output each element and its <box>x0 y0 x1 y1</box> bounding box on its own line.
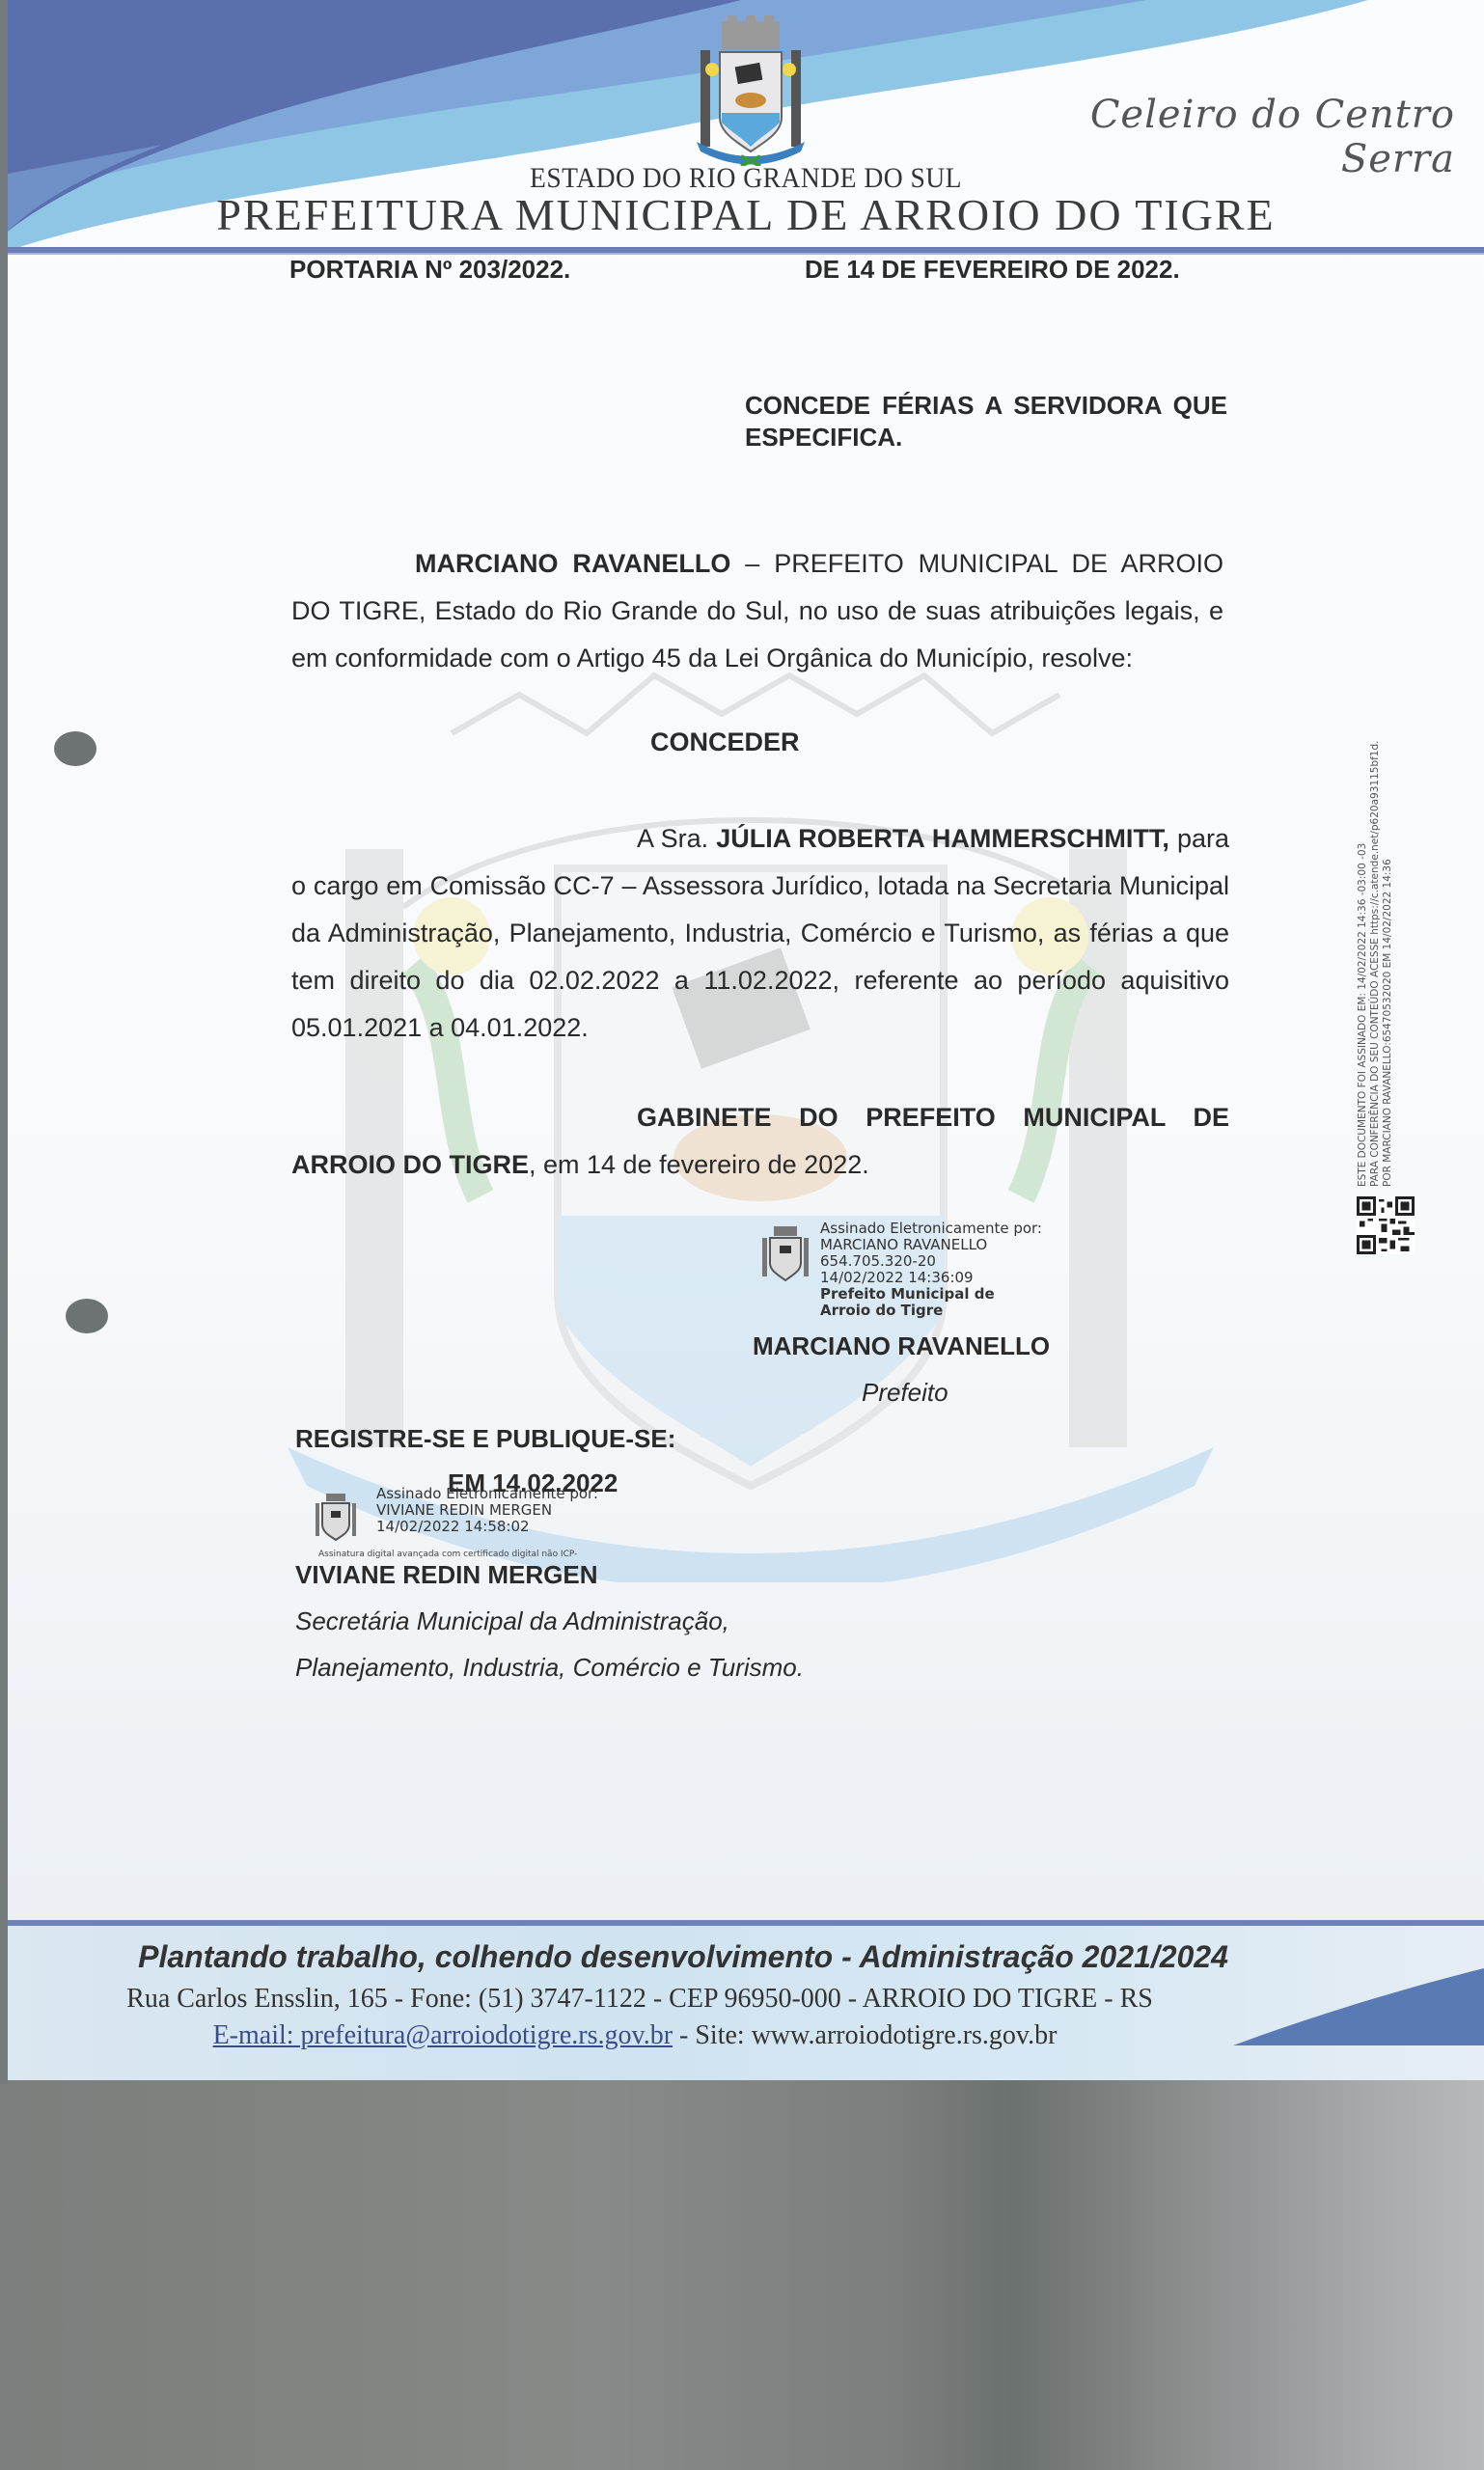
ordinance-number: PORTARIA Nº 203/2022. <box>289 255 570 285</box>
signature-note: Assinatura digital avançada com certific… <box>318 1550 577 1559</box>
sig-line: Assinado Eletronicamente por: <box>376 1486 598 1502</box>
punch-hole <box>66 1299 108 1333</box>
body-paragraph: A Sra. JÚLIA ROBERTA HAMMERSCHMITT, para… <box>291 815 1229 1052</box>
document-page: Celeiro do Centro Serra ESTADO DO RIO GR… <box>8 0 1484 2080</box>
municipality-name: PREFEITURA MUNICIPAL DE ARROIO DO TIGRE <box>8 189 1484 240</box>
sig-line: 14/02/2022 14:36:09 <box>820 1270 1042 1286</box>
sig-line: Arroio do Tigre <box>820 1303 1042 1319</box>
stamp-line: PARA CONFERÊNCIA DO SEU CONTEÚDO ACESSE … <box>1369 741 1382 1187</box>
secretary-name: VIVIANE REDIN MERGEN <box>295 1560 598 1590</box>
employee-name: JÚLIA ROBERTA HAMMERSCHMITT, <box>716 824 1169 853</box>
letterhead-footer: Plantando trabalho, colhendo desenvolvim… <box>8 1920 1484 2080</box>
ordinance-summary: CONCEDE FÉRIAS A SERVIDORA QUE ESPECIFIC… <box>745 390 1227 453</box>
sig-line: MARCIANO RAVANELLO <box>820 1237 1042 1253</box>
ordinance-date: DE 14 DE FEVEREIRO DE 2022. <box>805 255 1180 285</box>
secretary-role-line1: Secretária Municipal da Administração, <box>295 1606 729 1636</box>
preamble-paragraph: MARCIANO RAVANELLO – PREFEITO MUNICIPAL … <box>291 540 1223 682</box>
footer-divider <box>8 1920 1484 1926</box>
site-text: - Site: www.arroiodotigre.rs.gov.br <box>673 2020 1057 2050</box>
signature-seal-icon <box>760 1224 811 1282</box>
signature-seal-icon <box>315 1492 357 1542</box>
footer-contact: E-mail: prefeitura@arroiodotigre.rs.gov.… <box>8 2020 1262 2051</box>
footer-motto: Plantando trabalho, colhendo desenvolvim… <box>8 1939 1359 1975</box>
scan-edge <box>0 0 8 2084</box>
sig-line: 14/02/2022 14:58:02 <box>376 1519 598 1535</box>
body-text: para o cargo em Comissão CC-7 – Assessor… <box>291 824 1229 1042</box>
stamp-line: ESTE DOCUMENTO FOI ASSINADO EM: 14/02/20… <box>1357 741 1369 1187</box>
sig-line: VIVIANE REDIN MERGEN <box>376 1502 598 1519</box>
register-heading: REGISTRE-SE E PUBLIQUE-SE: <box>295 1424 675 1454</box>
stamp-line: POR MARCIANO RAVANELLO:65470532020 EM 14… <box>1382 741 1394 1187</box>
email-link[interactable]: E-mail: prefeitura@arroiodotigre.rs.gov.… <box>213 2020 673 2050</box>
municipal-crest-icon <box>683 12 818 166</box>
closing-text: , em 14 de fevereiro de 2022. <box>529 1150 869 1179</box>
mayor-name: MARCIANO RAVANELLO <box>753 1331 1050 1361</box>
closing-paragraph: GABINETE DO PREFEITO MUNICIPAL DE ARROIO… <box>291 1094 1229 1189</box>
mayor-role: Prefeito <box>862 1378 948 1408</box>
body-prefix: A Sra. <box>637 824 716 853</box>
verification-stamp: ESTE DOCUMENTO FOI ASSINADO EM: 14/02/20… <box>1357 741 1394 1187</box>
header-divider-accent <box>8 253 1484 255</box>
sig-line: Prefeito Municipal de <box>820 1286 1042 1303</box>
footer-address: Rua Carlos Ensslin, 165 - Fone: (51) 374… <box>8 1984 1272 2015</box>
sig-line: 654.705.320-20 <box>820 1253 1042 1270</box>
sig-line: Assinado Eletronicamente por: <box>820 1221 1042 1237</box>
secretary-role-line2: Planejamento, Industria, Comércio e Turi… <box>295 1653 804 1683</box>
mayor-name-inline: MARCIANO RAVANELLO <box>415 549 730 578</box>
action-heading: CONCEDER <box>650 727 800 757</box>
qr-code-icon[interactable] <box>1357 1196 1415 1254</box>
punch-hole <box>54 731 96 766</box>
